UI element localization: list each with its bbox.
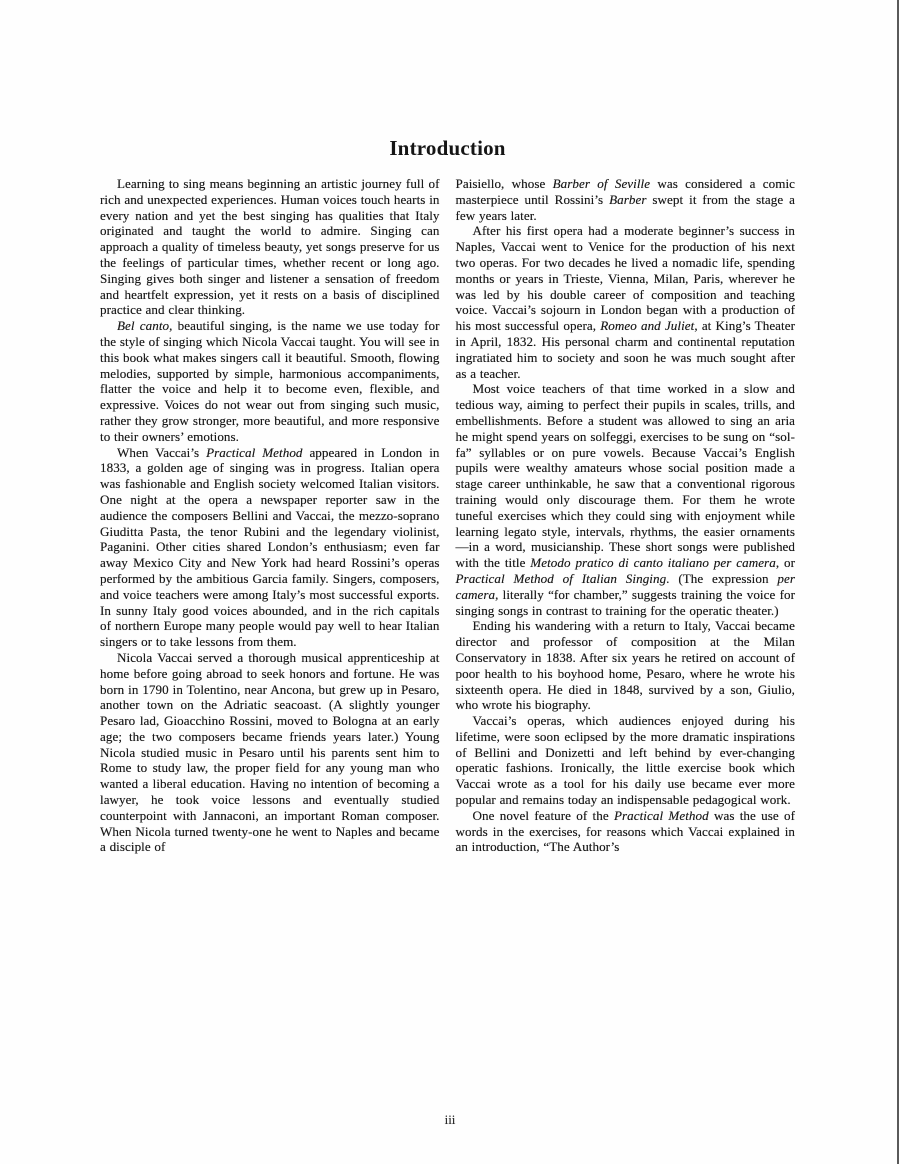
paragraph: Bel canto, beautiful singing, is the nam…: [100, 318, 440, 444]
paragraph: Vaccai’s operas, which audiences enjoyed…: [456, 713, 796, 808]
page-number: iii: [0, 1112, 900, 1128]
paragraph: Nicola Vaccai served a thorough musical …: [100, 650, 440, 855]
paragraph: Learning to sing means beginning an arti…: [100, 176, 440, 318]
column-left: Learning to sing means beginning an arti…: [100, 176, 440, 855]
paragraph: After his first opera had a moderate beg…: [456, 223, 796, 381]
paragraph: Most voice teachers of that time worked …: [456, 381, 796, 618]
column-right: Paisiello, whose Barber of Seville was c…: [456, 176, 796, 855]
scanned-book-page: Introduction Learning to sing means begi…: [0, 0, 900, 1164]
paragraph: Ending his wandering with a return to It…: [456, 618, 796, 713]
page-title: Introduction: [100, 136, 795, 161]
paragraph: Paisiello, whose Barber of Seville was c…: [456, 176, 796, 223]
paragraph: One novel feature of the Practical Metho…: [456, 808, 796, 855]
text-columns: Learning to sing means beginning an arti…: [100, 176, 795, 855]
paragraph: When Vaccai’s Practical Method appeared …: [100, 445, 440, 650]
scan-edge-line: [897, 0, 899, 1164]
